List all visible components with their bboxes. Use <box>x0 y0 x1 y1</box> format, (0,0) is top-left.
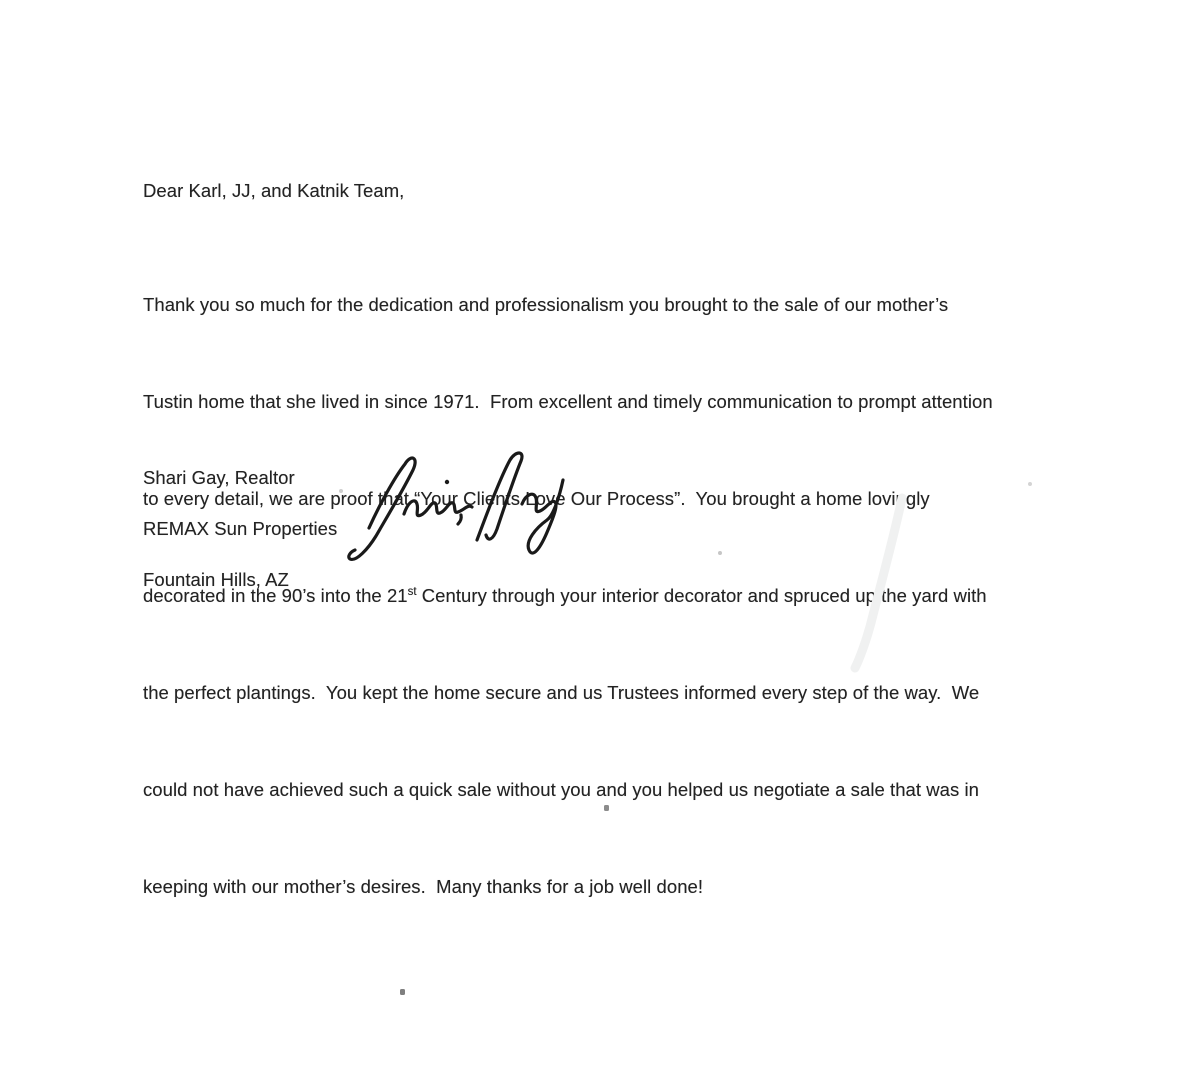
signature-dot <box>445 480 449 484</box>
salutation-line: Dear Karl, JJ, and Katnik Team, <box>143 175 404 206</box>
scan-speck <box>400 989 405 995</box>
body-line: Thank you so much for the dedication and… <box>143 289 993 324</box>
scan-smudge-streak <box>845 490 915 675</box>
signoff-company: REMAX Sun Properties <box>143 513 337 544</box>
body-line: keeping with our mother’s desires. Many … <box>143 871 993 906</box>
scan-speck <box>1028 482 1032 486</box>
signature-stroke <box>458 515 461 524</box>
signoff-location: Fountain Hills, AZ <box>143 564 289 595</box>
superscript-st: st <box>408 586 417 598</box>
body-line: could not have achieved such a quick sal… <box>143 774 993 809</box>
handwritten-signature <box>344 444 569 569</box>
smudge-stroke <box>855 498 902 668</box>
body-line: the perfect plantings. You kept the home… <box>143 677 993 712</box>
scan-speck <box>604 805 609 811</box>
signature-stroke <box>404 501 472 516</box>
signoff-name-title: Shari Gay, Realtor <box>143 462 295 493</box>
scan-speck <box>339 489 343 493</box>
scanned-letter-page: Dear Karl, JJ, and Katnik Team, Thank yo… <box>0 0 1193 1080</box>
scan-speck <box>718 551 722 555</box>
body-line: Tustin home that she lived in since 1971… <box>143 386 993 421</box>
signature-stroke <box>522 480 563 553</box>
signature-stroke <box>477 453 522 540</box>
